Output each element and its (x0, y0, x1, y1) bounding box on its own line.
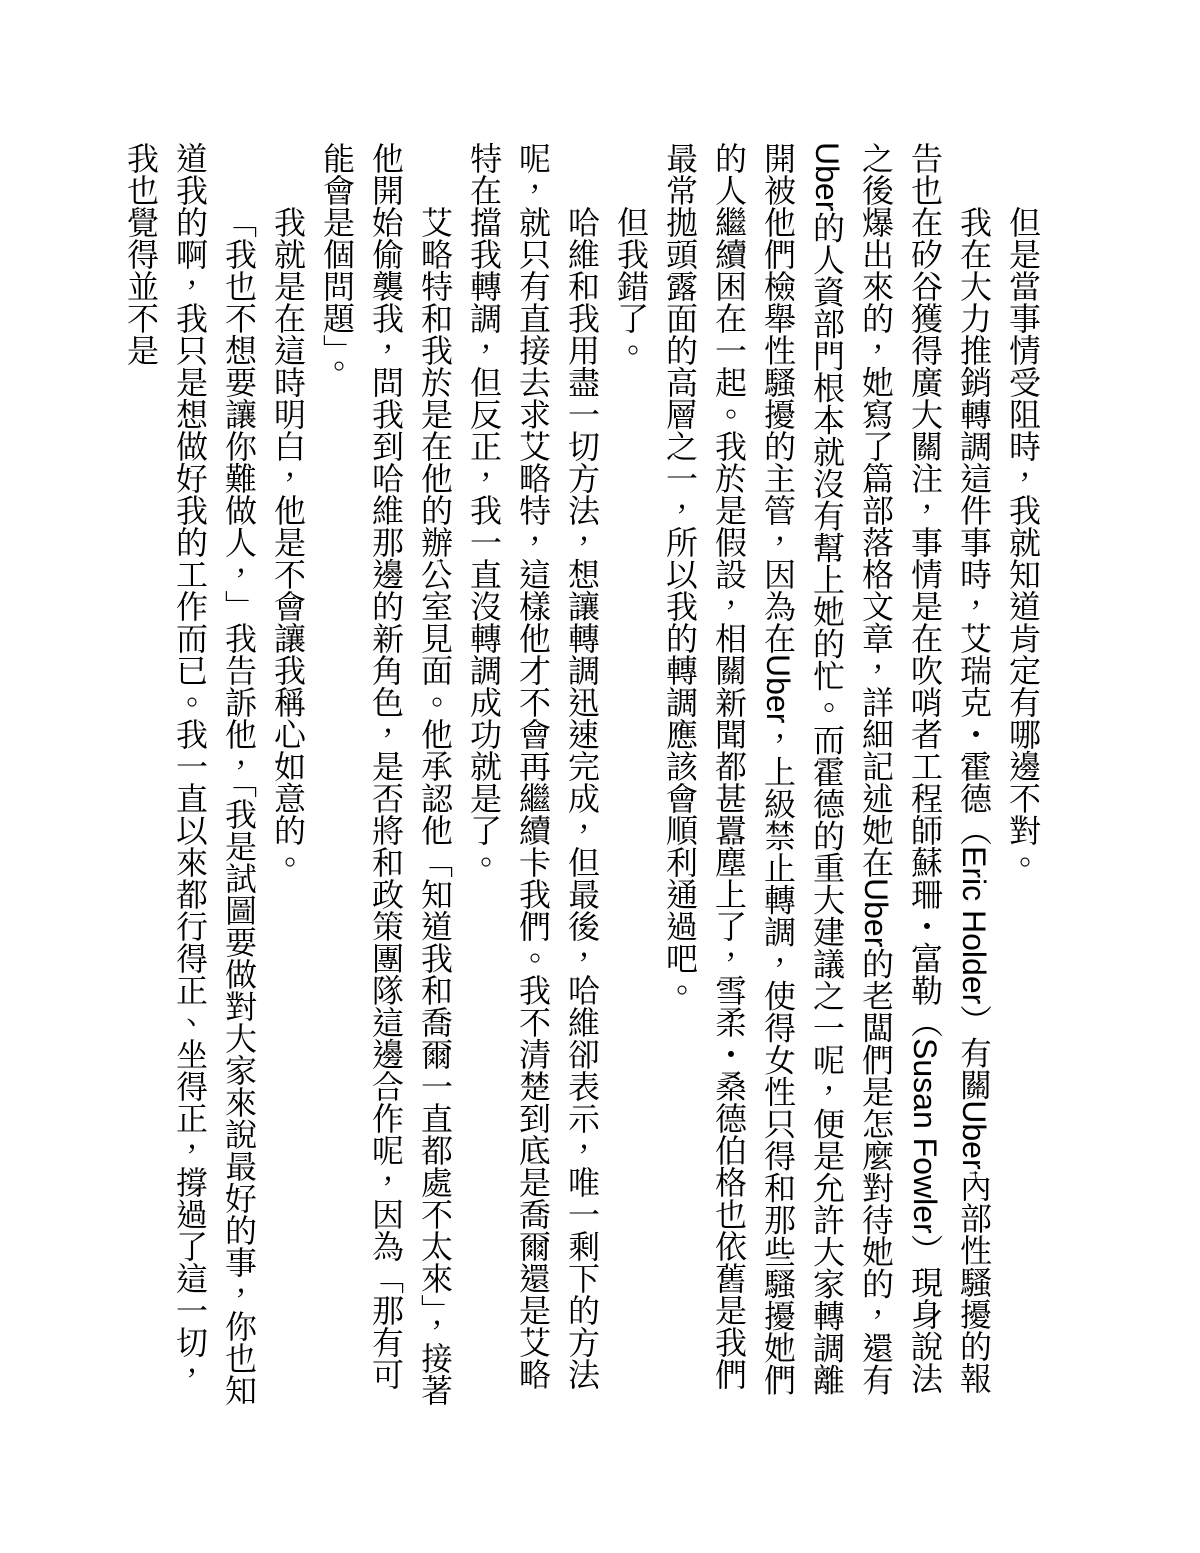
paragraph-5: 艾略特和我於是在他的辦公室見面。他承認他「知道我和喬爾一直都處不太來」，接著他開… (312, 142, 459, 1412)
paragraph-2: 我在大力推銷轉調這件事時，艾瑞克・霍德（Eric Holder）有關Uber內部… (655, 142, 998, 1412)
paragraph-1: 但是當事情受阻時，我就知道肯定有哪邊不對。 (998, 142, 1047, 1412)
paragraph-3: 但我錯了。 (606, 142, 655, 1412)
book-page: 但是當事情受阻時，我就知道肯定有哪邊不對。 我在大力推銷轉調這件事時，艾瑞克・霍… (0, 0, 1200, 1553)
paragraph-7: 「我也不想要讓你難做人，」我告訴他，「我是試圖要做對大家來說最好的事，你也知道我… (116, 142, 263, 1412)
paragraph-6: 我就是在這時明白，他是不會讓我稱心如意的。 (263, 142, 312, 1412)
vertical-text-block: 但是當事情受阻時，我就知道肯定有哪邊不對。 我在大力推銷轉調這件事時，艾瑞克・霍… (155, 142, 1047, 1412)
paragraph-4: 哈維和我用盡一切方法，想讓轉調迅速完成，但最後，哈維卻表示，唯一剩下的方法呢，就… (459, 142, 606, 1412)
